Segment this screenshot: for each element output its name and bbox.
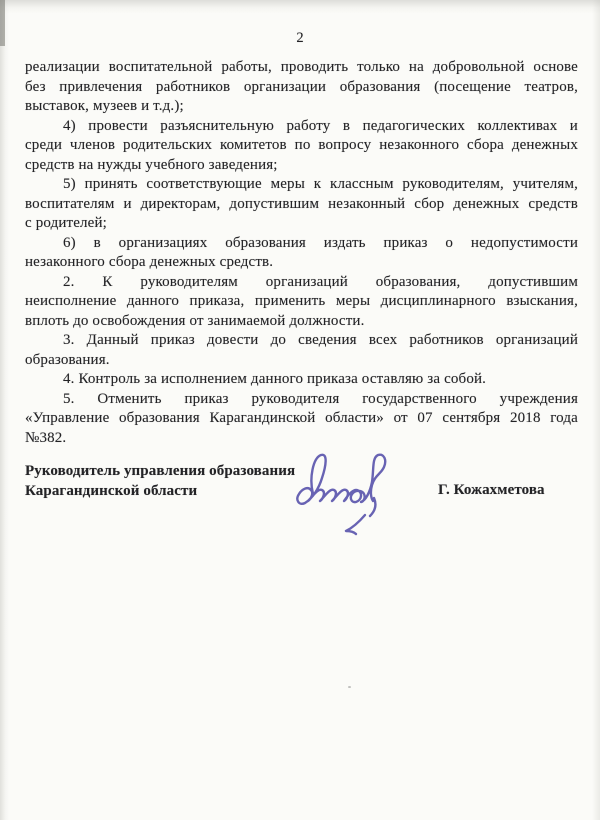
signature-stroke bbox=[346, 515, 365, 534]
document-body: реализации воспитательной работы, провод… bbox=[25, 58, 578, 448]
text-line: с родителей; bbox=[25, 214, 578, 234]
text-line: неисполнение данного приказа, применить … bbox=[25, 292, 578, 312]
text-line: без привлечения работников организации о… bbox=[25, 78, 578, 98]
scan-top-shadow bbox=[0, 0, 600, 14]
text-line: реализации воспитательной работы, провод… bbox=[25, 58, 578, 78]
text-line: среди членов родительских комитетов по в… bbox=[25, 136, 578, 156]
signature-stroke bbox=[297, 455, 385, 504]
text-line: 2. К руководителям организаций образован… bbox=[25, 273, 578, 293]
text-line: 6) в организациях образования издать при… bbox=[25, 234, 578, 254]
text-line: 5. Отменить приказ руководителя государс… bbox=[25, 390, 578, 410]
text-line: выставок, музеев и т.д.); bbox=[25, 97, 578, 117]
scan-left-shadow bbox=[0, 0, 9, 820]
text-line: 4. Контроль за исполнением данного прика… bbox=[25, 370, 578, 390]
text-line: 3. Данный приказ довести до сведения все… bbox=[25, 331, 578, 351]
text-line: 5) принять соответствующие меры к классн… bbox=[25, 175, 578, 195]
text-line: «Управление образования Карагандинской о… bbox=[25, 409, 578, 429]
text-line: вплоть до освобождения от занимаемой дол… bbox=[25, 312, 578, 332]
text-line: средств на нужды учебного заведения; bbox=[25, 156, 578, 176]
scanned-document-page: 2 реализации воспитательной работы, пров… bbox=[0, 0, 600, 820]
text-line: незаконного сбора денежных средств. bbox=[25, 253, 578, 273]
handwritten-signature-icon bbox=[285, 448, 410, 543]
text-line: №382. bbox=[25, 429, 578, 449]
text-line: 4) провести разъяснительную работу в пед… bbox=[25, 117, 578, 137]
text-line: воспитателям и директорам, допустившим н… bbox=[25, 195, 578, 215]
scan-right-shadow bbox=[592, 0, 600, 820]
text-line: образования. bbox=[25, 351, 578, 371]
signer-name: Г. Кожахметова bbox=[438, 480, 545, 500]
scan-corner-artifact bbox=[0, 0, 5, 46]
scan-noise-speck bbox=[348, 686, 351, 688]
